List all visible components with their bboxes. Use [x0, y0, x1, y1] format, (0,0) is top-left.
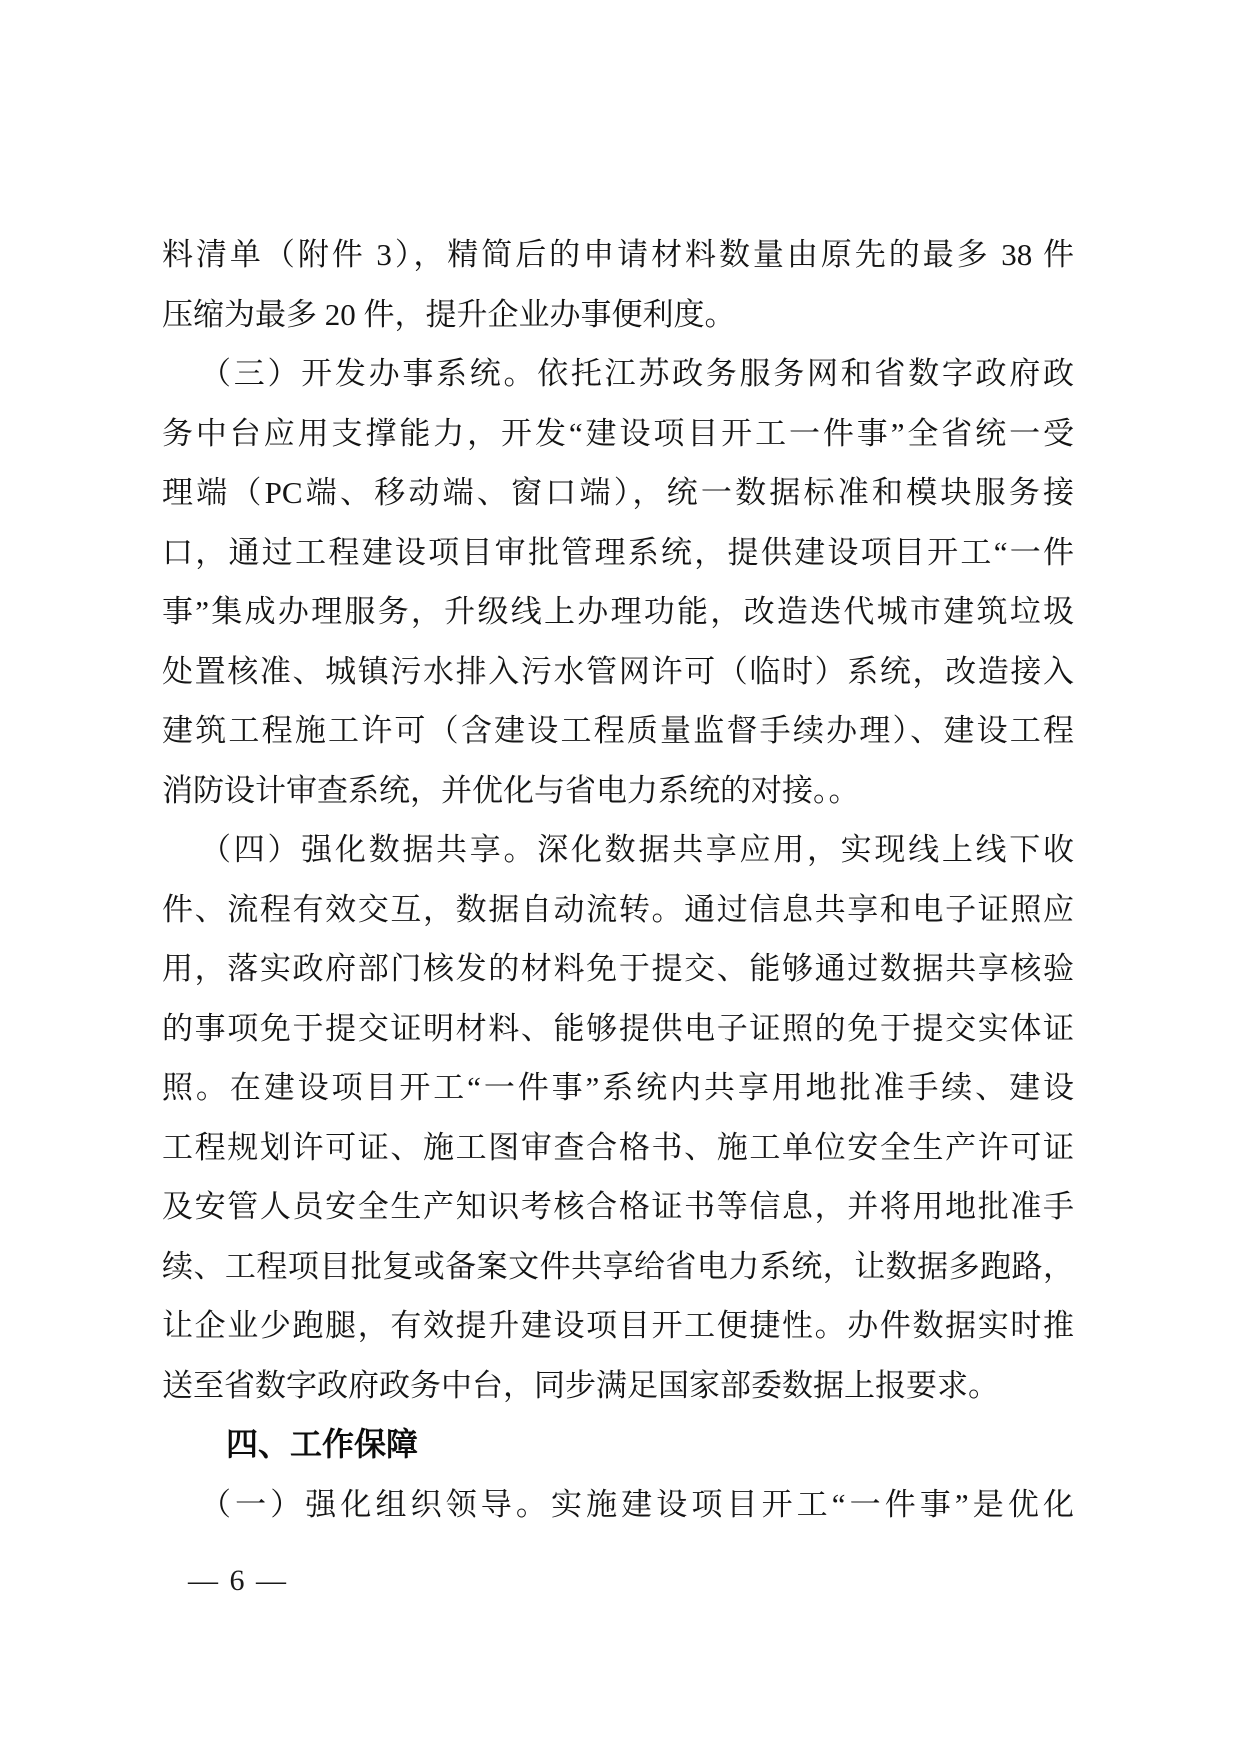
document-page: 料清单（附件 3），精简后的申请材料数量由原先的最多 38 件 压缩为最多 20… — [0, 0, 1240, 1753]
text-line: 让企业少跑腿，有效提升建设项目开工便捷性。办件数据实时推 — [162, 1296, 1074, 1356]
text-line: 处置核准、城镇污水排入污水管网许可（临时）系统，改造接入 — [162, 642, 1074, 702]
text-line: 工程规划许可证、施工图审查合格书、施工单位安全生产许可证 — [162, 1118, 1074, 1178]
text-line: 及安管人员安全生产知识考核合格证书等信息，并将用地批准手 — [162, 1177, 1074, 1237]
text-line: （三）开发办事系统。依托江苏政务服务网和省数字政府政 — [162, 344, 1074, 404]
text-line: 续、工程项目批复或备案文件共享给省电力系统，让数据多跑路， — [162, 1237, 1074, 1297]
text-line: 理端（PC端、移动端、窗口端），统一数据标准和模块服务接 — [162, 463, 1074, 523]
section-heading: 四、工作保障 — [162, 1415, 1074, 1475]
text-line: 料清单（附件 3），精简后的申请材料数量由原先的最多 38 件 — [162, 225, 1074, 285]
document-body: 料清单（附件 3），精简后的申请材料数量由原先的最多 38 件 压缩为最多 20… — [162, 225, 1074, 1534]
text-line: 件、流程有效交互，数据自动流转。通过信息共享和电子证照应 — [162, 880, 1074, 940]
text-line: 建筑工程施工许可（含建设工程质量监督手续办理）、建设工程 — [162, 701, 1074, 761]
page-number: — 6 — — [188, 1560, 288, 1602]
text-line: 事”集成办理服务，升级线上办理功能，改造迭代城市建筑垃圾 — [162, 582, 1074, 642]
text-line: 送至省数字政府政务中台，同步满足国家部委数据上报要求。 — [162, 1356, 1074, 1416]
text-line: 照。在建设项目开工“一件事”系统内共享用地批准手续、建设 — [162, 1058, 1074, 1118]
text-line: 消防设计审查系统，并优化与省电力系统的对接。。 — [162, 761, 1074, 821]
text-line: 的事项免于提交证明材料、能够提供电子证照的免于提交实体证 — [162, 999, 1074, 1059]
text-line: （四）强化数据共享。深化数据共享应用，实现线上线下收 — [162, 820, 1074, 880]
text-line: 口，通过工程建设项目审批管理系统，提供建设项目开工“一件 — [162, 523, 1074, 583]
text-line: 务中台应用支撑能力，开发“建设项目开工一件事”全省统一受 — [162, 404, 1074, 464]
text-line: （一）强化组织领导。实施建设项目开工“一件事”是优化 — [162, 1475, 1074, 1535]
text-line: 压缩为最多 20 件，提升企业办事便利度。 — [162, 285, 1074, 345]
text-line: 用，落实政府部门核发的材料免于提交、能够通过数据共享核验 — [162, 939, 1074, 999]
